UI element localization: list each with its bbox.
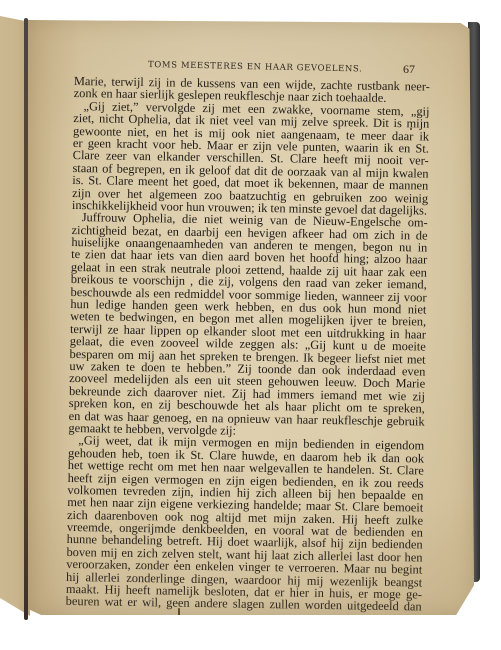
text-line: weten te bedwingen, en begon met allen m… (70, 310, 426, 328)
text-line: Marie, terwijl zij in de kussens van een… (74, 75, 430, 93)
text-line: veroorzaken, zonder een enkelen vinger t… (66, 558, 422, 576)
body-text: Marie, terwijl zij in de kussens van een… (66, 75, 430, 613)
text-line: heeft zijn eigen vermogen en zijn eigen … (68, 471, 424, 489)
text-line: het wettige recht om met hen naar welgev… (68, 459, 424, 477)
paper-speck (176, 560, 178, 562)
text-line: zooveel medelijden als een uit steen geh… (69, 372, 425, 390)
text-line: Juffrouw Ophelia, die niet weinig van de… (72, 211, 428, 229)
text-line: besparen om mij aan het spreken te breng… (70, 348, 426, 366)
text-line: bekreunde zich daarover niet. Zij had im… (69, 385, 425, 403)
text-line: inschikkelijkheid voor hun vrouwen; ik t… (72, 199, 428, 217)
text-line: breikous te voorschijn , die zij, volgen… (71, 273, 427, 291)
text-line: staan of begrepen, en ik geloof dat dit … (72, 162, 428, 180)
text-line: beuren wat er wil, geen andere slagen zu… (66, 595, 422, 613)
text-line: „Gij ziet,” vervolgde zij met een zwakke… (73, 100, 429, 118)
text-line: vreemde, ongerijmde denkbeelden, en voor… (67, 521, 423, 539)
text-line: te zien dat haar iets van dien aard bove… (71, 248, 427, 266)
text-line: volkomen tevreden zijn, indien hij zich … (67, 484, 423, 502)
page-number: 67 (403, 62, 415, 77)
text-line: hij allerlei zonderlinge dingen, waardoo… (66, 571, 422, 589)
text-line: maakt. Hij heeft namelijk besloten, dat … (66, 583, 422, 601)
text-line: zichtigheid bezat, en daarbij een hevige… (71, 224, 427, 242)
text-line: is. St. Clare meent het goed, dat moet i… (72, 174, 428, 192)
text-line: en dat was haar genoeg, en na opnieuw va… (69, 410, 425, 428)
text-line: hun ledige handen geen werk hebben, en d… (70, 298, 426, 316)
text-line: met hen naar zijn eigene verkiezing hand… (67, 496, 423, 514)
text-line: hunne behandeling betreft. Hij doet waar… (67, 533, 423, 551)
text-line: zijn over het algemeen zoo baatzuchtig e… (72, 187, 428, 205)
text-line: zonk en haar sierlijk geslepen reukflesc… (74, 87, 430, 105)
book-photo: TOMS MEESTERES EN HAAR GEVOELENS. 67 Mar… (0, 0, 501, 650)
text-line: zich daarenboven ook nog altijd met mijn… (67, 509, 423, 527)
text-line: terwijl ze haar lippen op elkander sloot… (70, 323, 426, 341)
running-head: TOMS MEESTERES EN HAAR GEVOELENS. (148, 60, 388, 75)
text-line: spreken kon, en zij beschouwde het als h… (69, 397, 425, 415)
book-spine (24, 18, 28, 620)
book-page: TOMS MEESTERES EN HAAR GEVOELENS. 67 Mar… (28, 20, 474, 615)
text-line: uw zaken te doen te hebben.” Zij toonde … (69, 360, 425, 378)
text-line: Clare zeer van elkander verschillen. St.… (73, 149, 429, 167)
text-line: gewoonte niet, en het is mij ook niet aa… (73, 125, 429, 143)
text-line: er geen kracht voor heb. Maar er zijn ve… (73, 137, 429, 155)
paper-mark (178, 608, 180, 616)
text-line: huiselijke onaangenaamheden van anderen … (71, 236, 427, 254)
text-line: „Gij weet, dat ik mijn vermogen en mijn … (68, 434, 424, 452)
text-line: gemaakt te hebben, vervolgde zij: (68, 422, 424, 440)
text-line: beschouwde als een redmiddel voor sommig… (70, 286, 426, 304)
text-line: gelaat in een strak neutrale plooi zette… (71, 261, 427, 279)
text-line: gehouden heb, toen ik St. Clare huwde, e… (68, 447, 424, 465)
paper-speck (410, 128, 412, 130)
text-line: gelaat, die even zooveel wilde zeggen al… (70, 335, 426, 353)
text-line: boven mij en zich zelven stelt, want hij… (66, 546, 422, 564)
text-line: ziet, nicht Ophelia, dat ik niet veel va… (73, 112, 429, 130)
